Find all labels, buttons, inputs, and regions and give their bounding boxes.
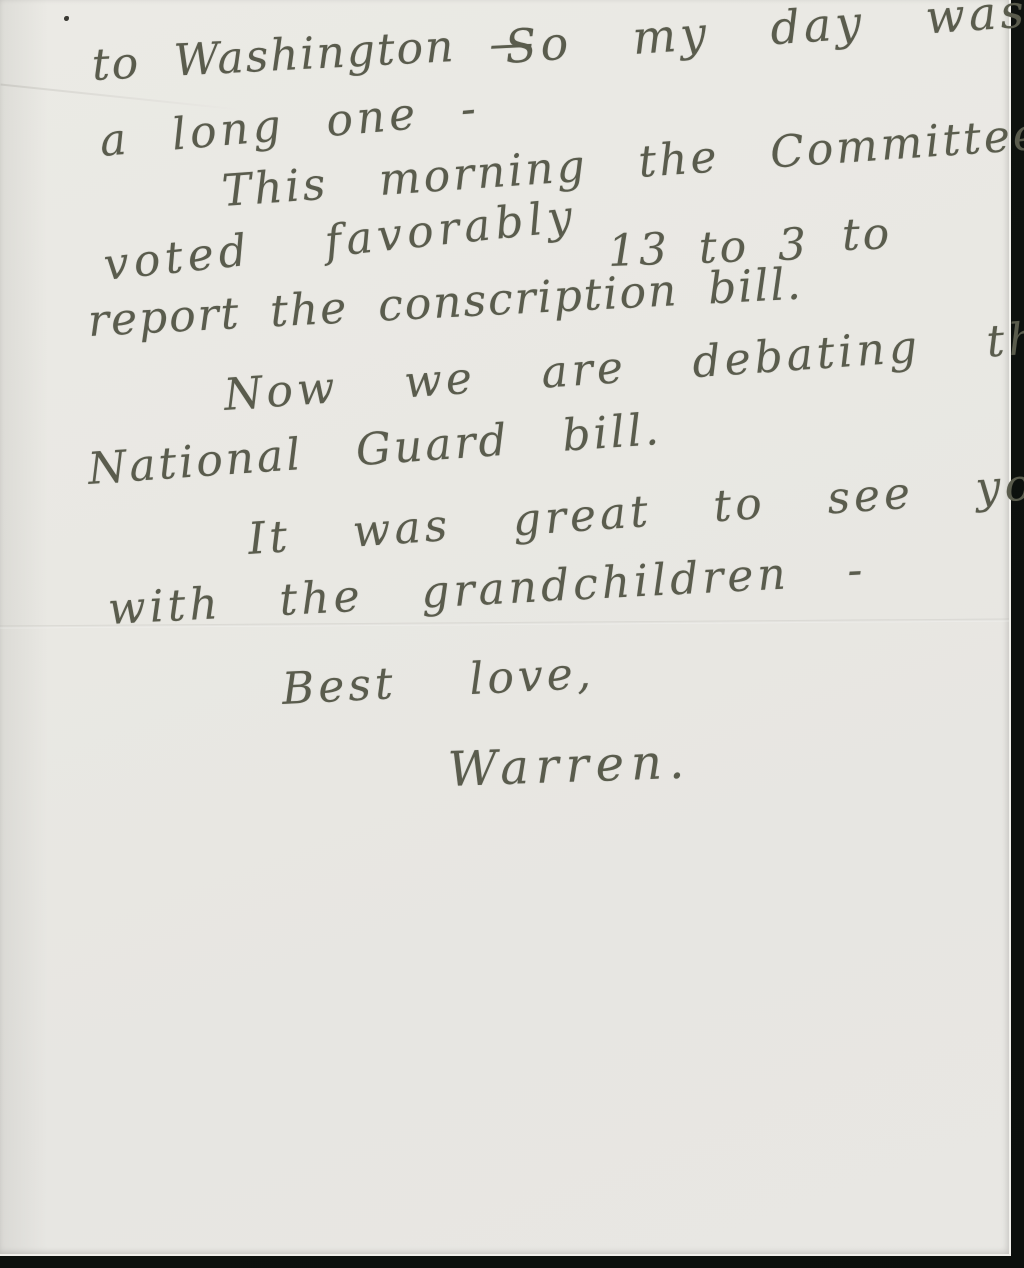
letter-line-4c: to bbox=[841, 208, 893, 261]
letter-line-7: National Guard bill. bbox=[86, 404, 663, 495]
letter-line-1b: So my day was bbox=[503, 0, 1024, 74]
ink-speck bbox=[64, 16, 69, 21]
letter-closing: Best love, bbox=[281, 648, 596, 715]
letter-line-1a: to Washington — bbox=[91, 17, 537, 91]
letter-paper: to Washington — So my day was a long one… bbox=[0, 0, 1011, 1256]
signature: Warren. bbox=[447, 734, 692, 798]
